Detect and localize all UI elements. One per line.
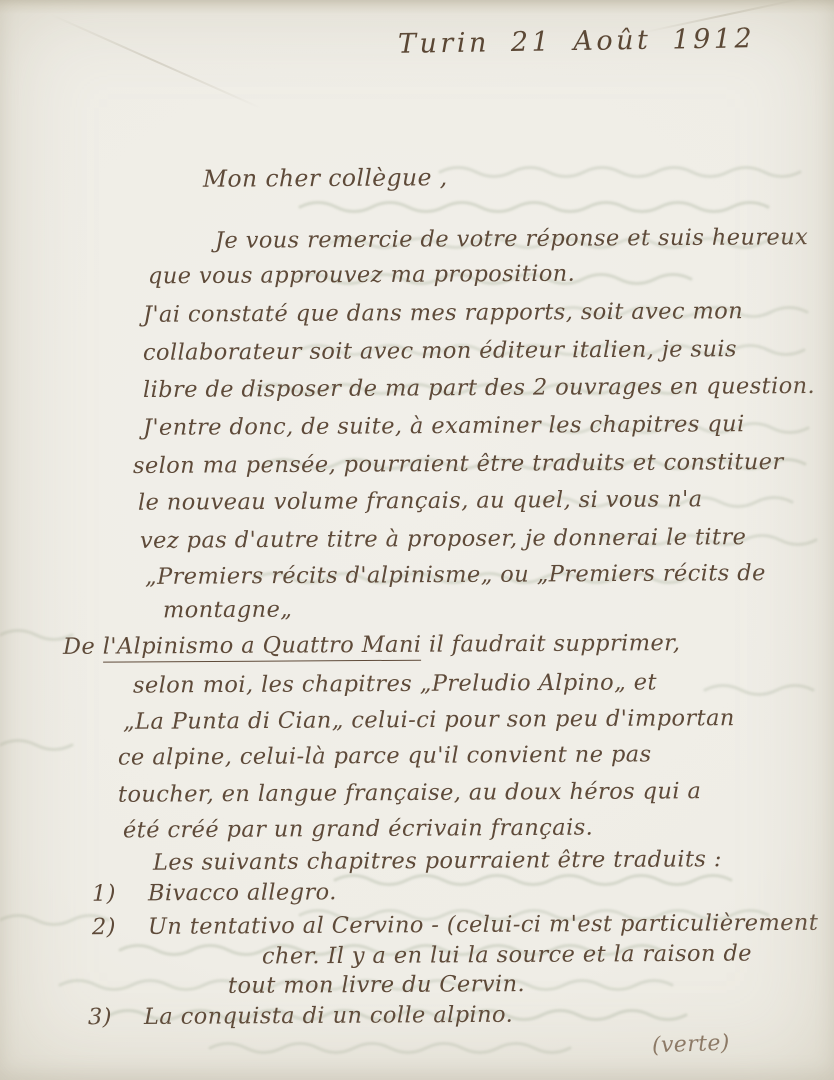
handwritten-line: J'entre donc, de suite, à examiner les c…	[143, 411, 745, 441]
salutation: Mon cher collègue ,	[203, 163, 448, 192]
list-item-text: Bivacco allegro.	[148, 879, 337, 906]
handwritten-line: „La Punta di Cian„ celui-ci pour son peu…	[123, 705, 735, 735]
handwritten-line: libre de disposer de ma part des 2 ouvra…	[143, 373, 815, 403]
dateline: Turin 21 Août 1912	[398, 23, 756, 60]
list-item: 1)Bivacco allegro.	[92, 879, 337, 906]
handwritten-line: que vous approuvez ma proposition.	[148, 261, 575, 290]
handwritten-line: collaborateur soit avec mon éditeur ital…	[143, 336, 737, 366]
handwritten-line: „Premiers récits d'alpinisme„ ou „Premie…	[145, 560, 766, 590]
turn-page-note: (verte)	[652, 1031, 731, 1059]
chapter-heading-line: De l'Alpinismo a Quattro Mani il faudrai…	[63, 630, 681, 660]
handwritten-line: Je vous remercie de votre réponse et sui…	[215, 224, 808, 254]
handwritten-line: J'ai constaté que dans mes rapports, soi…	[143, 298, 743, 328]
handwritten-line: toucher, en langue française, au doux hé…	[118, 778, 701, 808]
handwritten-line: été créé par un grand écrivain français.	[123, 815, 593, 844]
list-item: 3)La conquista di un colle alpino.	[88, 1002, 513, 1031]
list-item: 2)Un tentativo al Cervino - (celui-ci m'…	[92, 910, 818, 940]
book-title-underlined: l'Alpinismo a Quattro Mani	[103, 632, 422, 663]
letter-page: Turin 21 Août 1912 Mon cher collègue , J…	[0, 0, 834, 1080]
handwritten-line: le nouveau volume français, au quel, si …	[138, 486, 703, 515]
handwritten-line: selon moi, les chapitres „Preludio Alpin…	[133, 669, 657, 698]
handwritten-line: selon ma pensée, pourraient être traduit…	[133, 449, 784, 479]
handwritten-line: Les suivants chapitres pourraient être t…	[153, 846, 722, 875]
chapter-heading-suffix: il faudrait supprimer,	[421, 630, 680, 658]
list-item-number: 1)	[92, 880, 148, 906]
list-item-number: 2)	[92, 914, 148, 940]
handwritten-line: montagne„	[163, 597, 292, 624]
list-item-continuation: cher. Il y a en lui la source et la rais…	[262, 941, 752, 970]
chapter-heading-prefix: De	[63, 634, 103, 660]
list-item-text: Un tentativo al Cervino - (celui-ci m'es…	[148, 910, 818, 940]
handwritten-line: ce alpine, celui-là parce qu'il convient…	[118, 741, 652, 770]
list-item-number: 3)	[88, 1004, 144, 1030]
handwritten-line: vez pas d'autre titre à proposer, je don…	[140, 524, 746, 554]
list-item-continuation: tout mon livre du Cervin.	[228, 971, 525, 999]
list-item-text: La conquista di un colle alpino.	[144, 1002, 513, 1030]
